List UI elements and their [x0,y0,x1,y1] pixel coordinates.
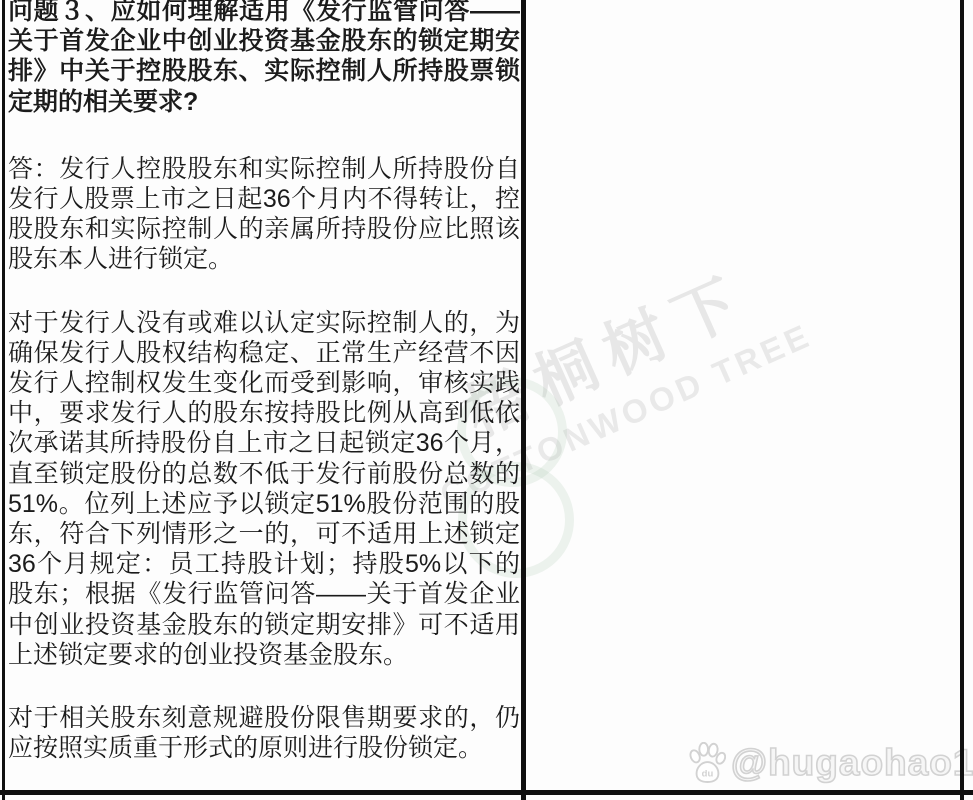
table-column-divider [521,0,526,800]
document-page: 梧桐树下 COTTONWOOD TREE 问题３、应如何理解适用《发行监管问答—… [0,0,973,800]
credit-handle: @hugaohao123 [731,742,973,784]
answer-paragraph: 对于发行人没有或难以认定实际控制人的，为确保发行人股权结构稳定、正常生产经营不因… [8,308,520,670]
baidu-paw-icon: du [688,742,726,784]
table-row-divider [0,790,973,795]
table-border-left [2,0,5,800]
credit-watermark: du @hugaohao123 [688,742,973,784]
answer-paragraph: 对于相关股东刻意规避股份限售期要求的，仍应按照实质重于形式的原则进行股份锁定。 [8,703,520,763]
answer-paragraph: 答：发行人控股股东和实际控制人所持股份自发行人股票上市之日起36个月内不得转让，… [8,154,520,275]
question-title: 问题３、应如何理解适用《发行监管问答——关于首发企业中创业投资基金股东的锁定期安… [8,0,520,117]
qa-table-cell: 问题３、应如何理解适用《发行监管问答——关于首发企业中创业投资基金股东的锁定期安… [8,0,520,763]
baidu-paw-icon-label: du [702,768,714,779]
table-border-right [960,0,964,800]
